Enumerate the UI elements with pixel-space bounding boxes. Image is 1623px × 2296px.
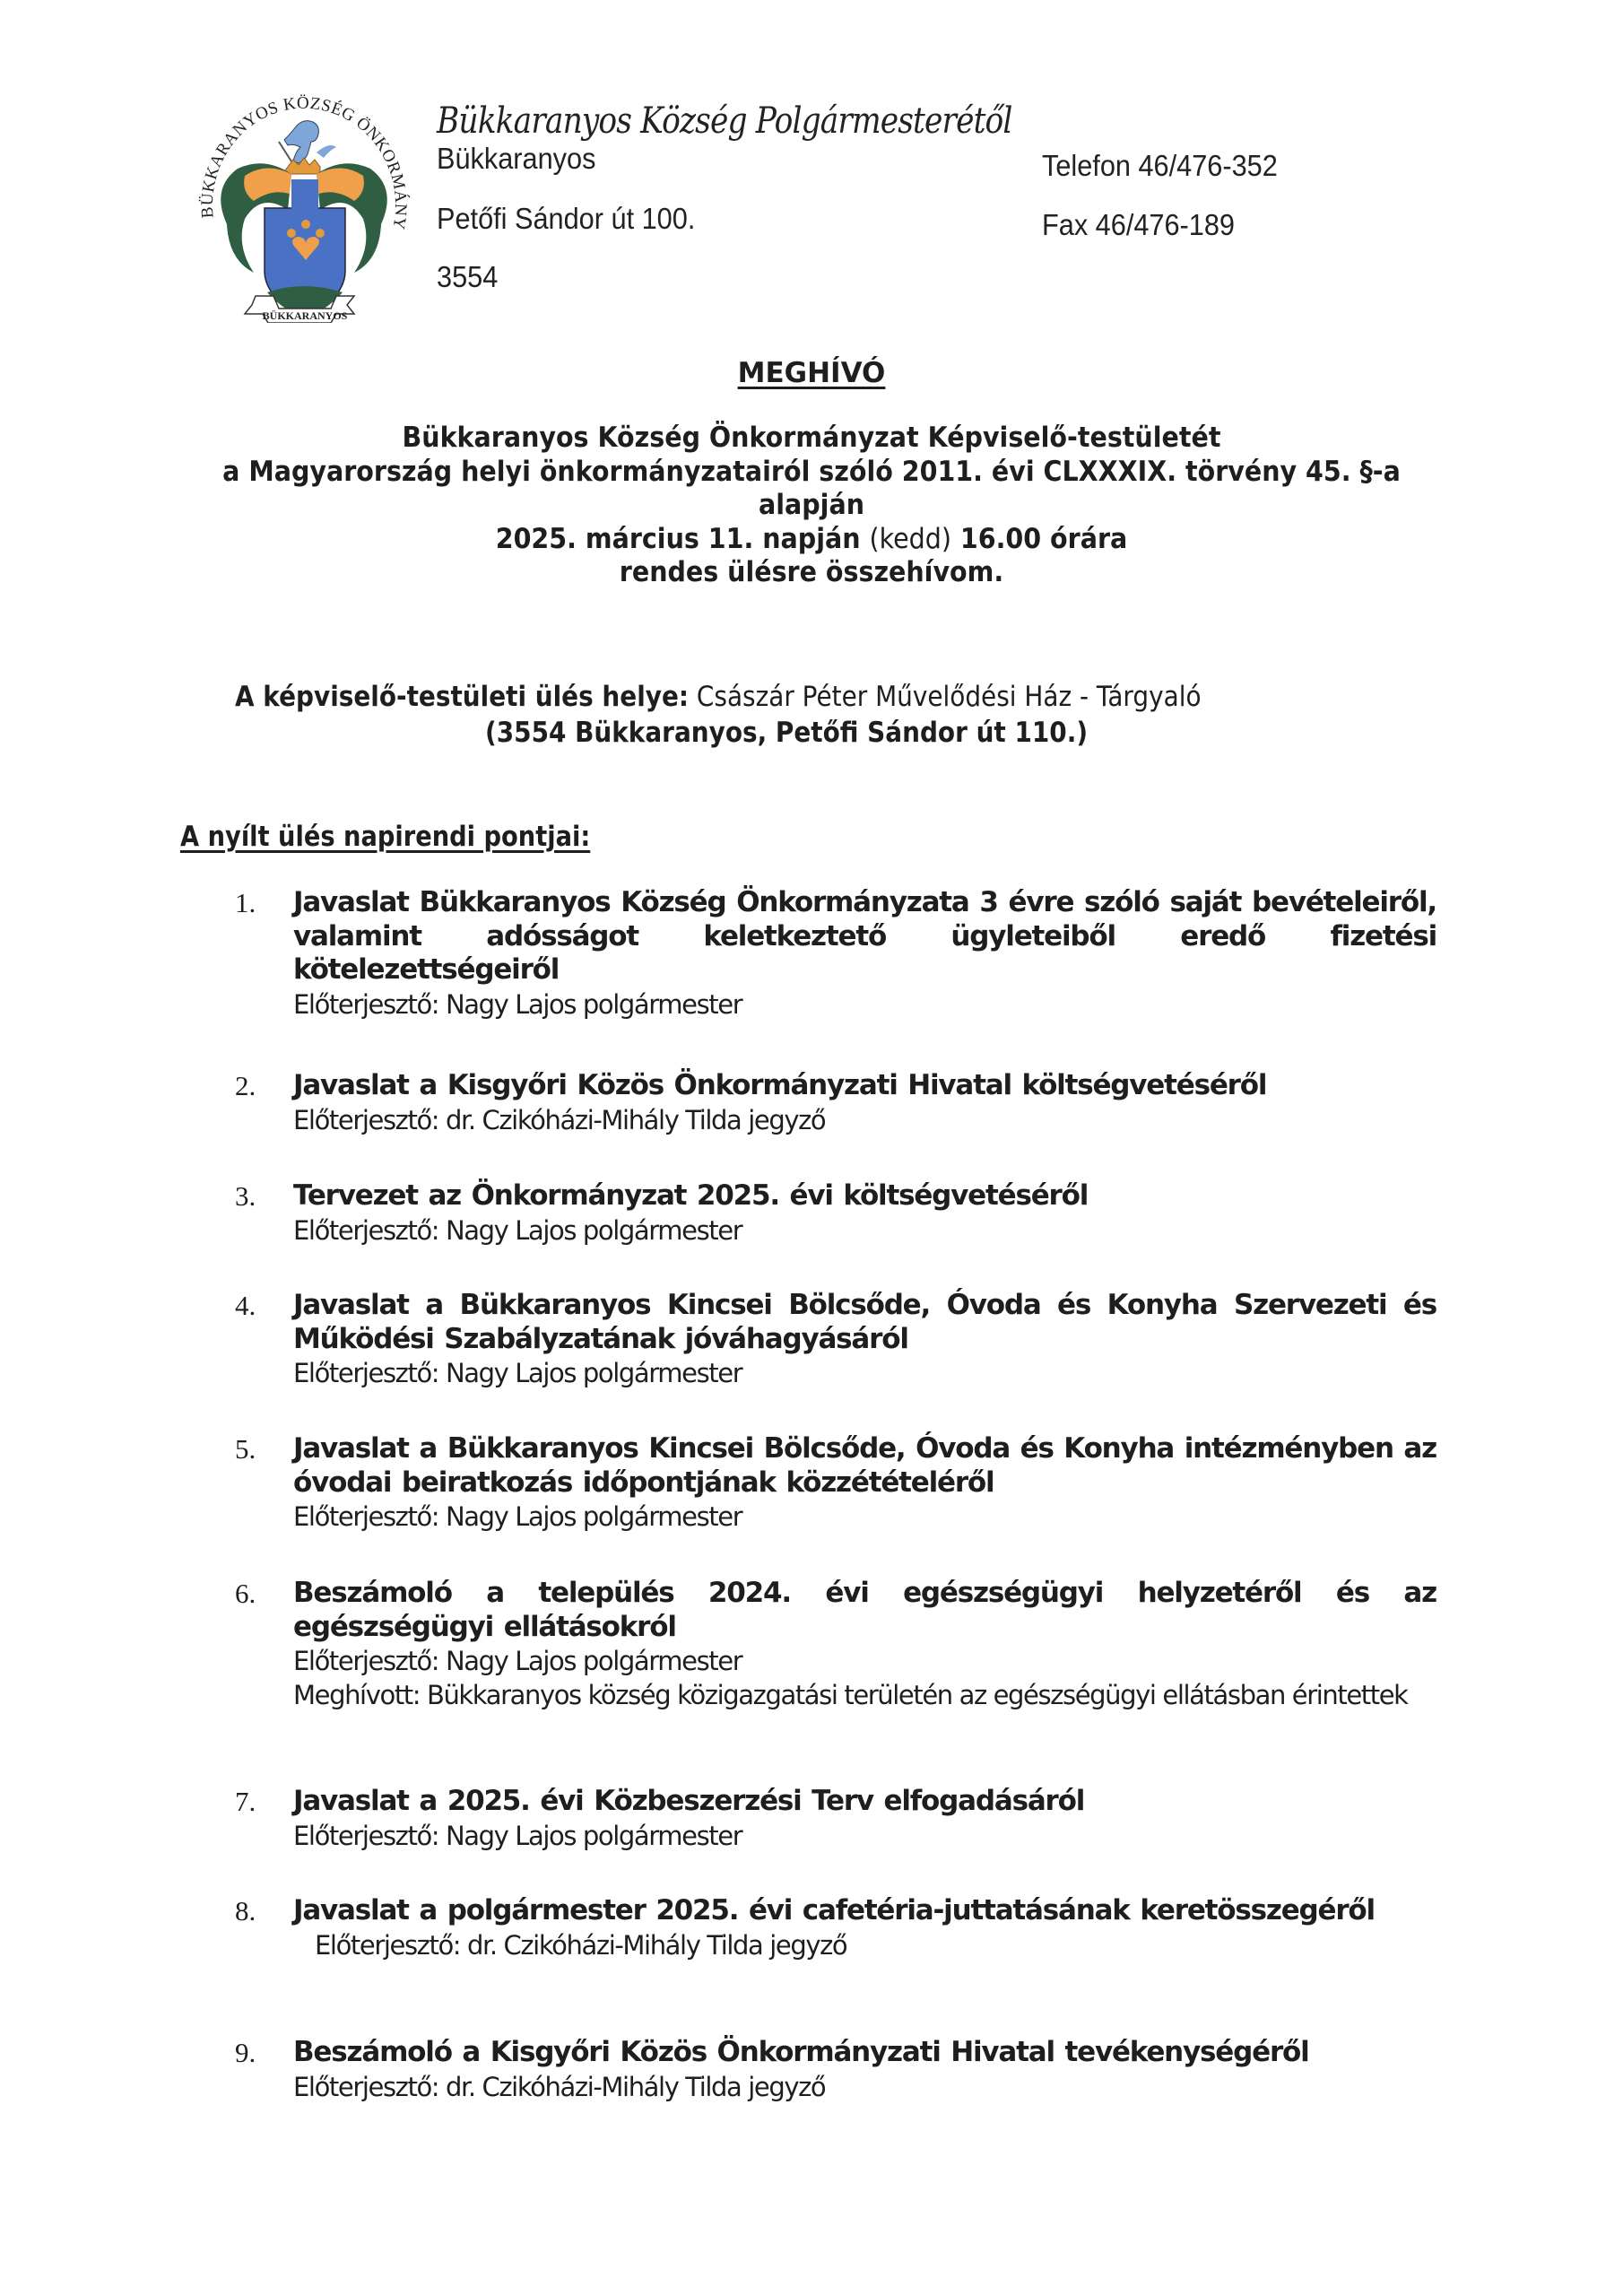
agenda-item-body: Javaslat a Bükkaranyos Kincsei Bölcsőde,… [293, 1289, 1436, 1390]
agenda-item-body: Beszámoló a település 2024. évi egészség… [293, 1577, 1436, 1712]
agenda-item-number: 5. [235, 1432, 256, 1465]
document-title: MEGHÍVÓ [0, 357, 1623, 389]
phone-number: Telefon 46/476-352 [1042, 149, 1278, 183]
agenda-item-body: Javaslat a 2025. évi Közbeszerzési Terv … [293, 1785, 1436, 1853]
agenda-item-body: Javaslat a Bükkaranyos Kincsei Bölcsőde,… [293, 1432, 1436, 1534]
agenda-item-invited: Meghívott: Bükkaranyos község közigazgat… [293, 1678, 1436, 1712]
intro-line: a Magyarország helyi önkormányzatairól s… [65, 456, 1558, 490]
agenda-item-body: Tervezet az Önkormányzat 2025. évi költs… [293, 1179, 1436, 1248]
agenda-item-number: 1. [235, 886, 256, 919]
meeting-date-text: 2025. március 11. napján [496, 523, 870, 555]
meeting-time: 16.00 órára [951, 523, 1127, 555]
invitation-intro: Bükkaranyos Község Önkormányzat Képvisel… [65, 422, 1558, 590]
address-city: Bükkaranyos [437, 142, 595, 176]
coat-of-arms-logo: BÜKKARANYOS KÖZSÉG ÖNKORMÁNYZATA BÜKKARA… [191, 90, 417, 323]
agenda-item-number: 2. [235, 1069, 256, 1102]
venue-address: (3554 Bükkaranyos, Petőfi Sándor út 110.… [235, 715, 1202, 751]
office-title: Bükkaranyos Község Polgármesterétől [437, 100, 1012, 142]
fax-number: Fax 46/476-189 [1042, 208, 1235, 242]
agenda-item-presenter: Előterjesztő: Nagy Lajos polgármester [293, 1819, 1436, 1853]
agenda-item-presenter: Előterjesztő: Nagy Lajos polgármester [293, 1356, 1436, 1390]
agenda-item-title: Javaslat a Bükkaranyos Kincsei Bölcsőde,… [293, 1289, 1436, 1356]
agenda-item-body: Beszámoló a Kisgyőri Közös Önkormányzati… [293, 2036, 1436, 2104]
agenda-item-title: Javaslat Bükkaranyos Község Önkormányzat… [293, 886, 1436, 987]
agenda-item-number: 3. [235, 1179, 256, 1213]
agenda-item-body: Javaslat a polgármester 2025. évi cafeté… [293, 1894, 1436, 1962]
closing-line: rendes ülésre összehívom. [65, 556, 1558, 590]
agenda-item-title: Beszámoló a település 2024. évi egészség… [293, 1577, 1436, 1644]
agenda-item-title: Javaslat a 2025. évi Közbeszerzési Terv … [293, 1785, 1436, 1819]
intro-line: Bükkaranyos Község Önkormányzat Képvisel… [65, 422, 1558, 456]
agenda-item-title: Javaslat a Bükkaranyos Kincsei Bölcsőde,… [293, 1432, 1436, 1500]
agenda-item-presenter: Előterjesztő: dr. Czikóházi-Mihály Tilda… [293, 1103, 1436, 1137]
agenda-item-number: 4. [235, 1289, 256, 1322]
agenda-item-number: 7. [235, 1785, 256, 1818]
agenda-item-presenter: Előterjesztő: dr. Czikóházi-Mihály Tilda… [293, 2070, 1436, 2104]
agenda-item-presenter: Előterjesztő: Nagy Lajos polgármester [293, 1644, 1436, 1678]
intro-line: alapján [65, 489, 1558, 523]
agenda-item-presenter: Előterjesztő: dr. Czikóházi-Mihály Tilda… [293, 1928, 1436, 1962]
agenda-item-title: Javaslat a polgármester 2025. évi cafeté… [293, 1894, 1436, 1928]
agenda-item-presenter: Előterjesztő: Nagy Lajos polgármester [293, 1500, 1436, 1534]
agenda-heading: A nyílt ülés napirendi pontjai: [180, 821, 590, 853]
venue-block: A képviselő-testületi ülés helye: Császá… [235, 679, 1202, 751]
venue-label: A képviselő-testületi ülés helye: [235, 681, 689, 713]
address-postcode: 3554 [437, 260, 498, 294]
agenda-item-title: Tervezet az Önkormányzat 2025. évi költs… [293, 1179, 1436, 1213]
agenda-item-presenter: Előterjesztő: Nagy Lajos polgármester [293, 1213, 1436, 1248]
agenda-item-number: 6. [235, 1577, 256, 1610]
agenda-item-presenter: Előterjesztő: Nagy Lajos polgármester [293, 987, 1436, 1022]
agenda-item-title: Beszámoló a Kisgyőri Közös Önkormányzati… [293, 2036, 1436, 2070]
agenda-item-number: 8. [235, 1894, 256, 1927]
meeting-date: 2025. március 11. napján (kedd) 16.00 ór… [65, 523, 1558, 557]
meeting-weekday: (kedd) [869, 523, 951, 555]
document-title-text: MEGHÍVÓ [738, 357, 886, 389]
agenda-item-body: Javaslat a Kisgyőri Közös Önkormányzati … [293, 1069, 1436, 1137]
venue-place: Császár Péter Művelődési Ház - Tárgyaló [689, 681, 1202, 713]
agenda-item-body: Javaslat Bükkaranyos Község Önkormányzat… [293, 886, 1436, 1022]
address-street: Petőfi Sándor út 100. [437, 202, 695, 236]
agenda-item-number: 9. [235, 2036, 256, 2069]
agenda-item-title: Javaslat a Kisgyőri Közös Önkormányzati … [293, 1069, 1436, 1103]
coat-of-arms-icon: BÜKKARANYOS KÖZSÉG ÖNKORMÁNYZATA BÜKKARA… [191, 90, 417, 323]
logo-ribbon-text: BÜKKARANYOS [263, 309, 348, 322]
